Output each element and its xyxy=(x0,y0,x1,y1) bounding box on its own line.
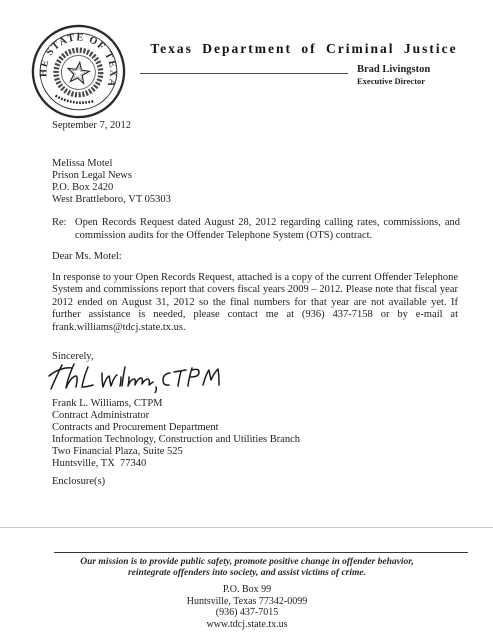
texas-state-seal-icon: THE STATE OF TEXAS xyxy=(29,23,128,120)
signature-handwriting xyxy=(48,360,226,393)
signer-street: Two Financial Plaza, Suite 525 xyxy=(52,446,300,458)
re-label: Re: xyxy=(52,217,67,230)
executive-block: Brad Livingston Executive Director xyxy=(357,64,430,86)
signer-title: Contract Administrator xyxy=(52,410,300,422)
recipient-org: Prison Legal News xyxy=(52,170,171,182)
agency-name: Texas Department of Criminal Justice xyxy=(138,41,470,57)
footer-phone: (936) 437-7015 xyxy=(122,607,372,618)
page-edge-line xyxy=(0,527,493,528)
re-text: Open Records Request dated August 28, 20… xyxy=(75,217,460,241)
letterhead-rule xyxy=(140,73,348,74)
signer-branch: Information Technology, Construction and… xyxy=(52,434,300,446)
signer-name: Frank L. Williams, CTPM xyxy=(52,398,300,410)
executive-name: Brad Livingston xyxy=(357,64,430,75)
footer-address: P.O. Box 99 Huntsville, Texas 77342-0099… xyxy=(122,584,372,630)
signer-block: Frank L. Williams, CTPM Contract Adminis… xyxy=(52,398,300,470)
recipient-pobox: P.O. Box 2420 xyxy=(52,182,171,194)
executive-title: Executive Director xyxy=(357,76,430,86)
footer-pobox: P.O. Box 99 xyxy=(122,584,372,595)
signer-city: Huntsville, TX 77340 xyxy=(52,458,300,470)
svg-text:THE STATE OF TEXAS: THE STATE OF TEXAS xyxy=(29,23,126,89)
enclosure-note: Enclosure(s) xyxy=(52,476,105,487)
footer-rule xyxy=(54,552,468,553)
signer-dept: Contracts and Procurement Department xyxy=(52,422,300,434)
recipient-city: West Brattleboro, VT 05303 xyxy=(52,194,171,206)
recipient-name: Melissa Motel xyxy=(52,158,171,170)
salutation: Dear Ms. Motel: xyxy=(52,251,122,262)
recipient-address: Melissa Motel Prison Legal News P.O. Box… xyxy=(52,158,171,206)
letter-date: September 7, 2012 xyxy=(52,120,131,131)
letter-page: THE STATE OF TEXAS Texas Department of C… xyxy=(0,0,493,640)
letter-body: In response to your Open Records Request… xyxy=(52,272,458,334)
footer-city: Huntsville, Texas 77342-0099 xyxy=(122,596,372,607)
footer-website: www.tdcj.state.tx.us xyxy=(122,619,372,630)
mission-statement: Our mission is to provide public safety,… xyxy=(72,557,422,579)
re-line: Re: Open Records Request dated August 28… xyxy=(52,217,460,242)
